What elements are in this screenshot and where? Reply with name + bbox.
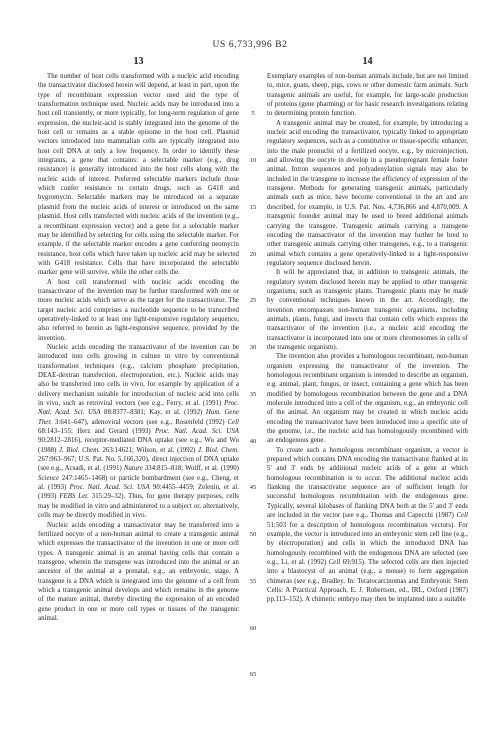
line-number: 40 (239, 437, 267, 446)
line-number: 10 (239, 156, 267, 165)
line-number: 65 (239, 670, 267, 679)
line-number: 60 (239, 624, 267, 633)
line-number: 25 (239, 296, 267, 305)
paragraph: Nucleic acids encoding the transactivato… (38, 343, 239, 521)
page-body: The number of host cells transformed wit… (38, 72, 468, 623)
line-number: 55 (239, 577, 267, 586)
paragraph: To create such a homologous recombinant … (267, 446, 468, 605)
paragraph: A host cell transformed with nucleic aci… (38, 278, 239, 343)
line-number: 5 (239, 109, 267, 118)
paragraph: A transgenic animal may be created, for … (267, 119, 468, 269)
patent-page: US 6,733,996 B2 13 14 The number of host… (0, 0, 500, 734)
line-number: 20 (239, 250, 267, 259)
patent-number-header: US 6,733,996 B2 (0, 40, 500, 50)
line-number-gutter: 5101520253035404550556065 (239, 72, 267, 623)
paragraph: Nucleic acids encoding a transactivator … (38, 521, 239, 624)
column-number-13: 13 (38, 56, 239, 67)
left-column-text: The number of host cells transformed wit… (38, 72, 239, 623)
paragraph: The invention also provides a homologous… (267, 352, 468, 445)
line-number: 45 (239, 483, 267, 492)
line-number: 15 (239, 203, 267, 212)
right-column-text: Exemplary examples of non-human animals … (267, 72, 468, 623)
column-number-14: 14 (267, 56, 468, 67)
paragraph: The number of host cells transformed wit… (38, 72, 239, 278)
paragraph: Exemplary examples of non-human animals … (267, 72, 468, 119)
line-number: 30 (239, 343, 267, 352)
line-number: 35 (239, 390, 267, 399)
line-number: 50 (239, 530, 267, 539)
paragraph: It will be appreciated that, in addition… (267, 268, 468, 352)
